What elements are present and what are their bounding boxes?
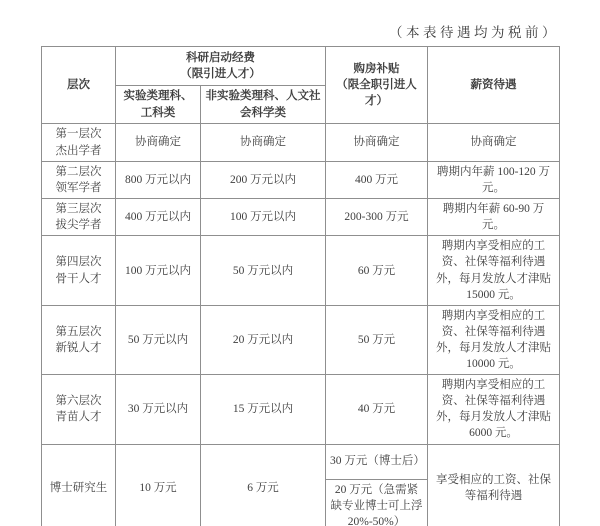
cell-level-title: 骨干人才 (46, 271, 111, 287)
cell-level-tier: 第六层次 (46, 393, 111, 409)
header-housing-note: （限全职引进人才） (330, 77, 423, 109)
cell-housing-urgent: 20 万元（急需紧缺专业博士可上浮 20%-50%） (326, 479, 428, 526)
table-row-tier1: 第一层次 杰出学者 协商确定 协商确定 协商确定 协商确定 (42, 124, 560, 162)
talent-compensation-table: 层次 科研启动经费 （限引进人才） 购房补贴 （限全职引进人才） 薪资待遇 实验… (41, 46, 560, 526)
header-housing: 购房补贴 （限全职引进人才） (326, 47, 428, 124)
cell-level-tier: 第四层次 (46, 254, 111, 270)
cell-level-tier: 第二层次 (46, 164, 111, 180)
table-row-tier3: 第三层次 拔尖学者 400 万元以内 100 万元以内 200-300 万元 聘… (42, 199, 560, 236)
cell-level-title: 新锐人才 (46, 340, 111, 356)
cell-salary: 聘期内享受相应的工资、社保等福利待遇外，每月发放人才津贴 6000 元。 (428, 375, 560, 444)
cell-level-tier: 第三层次 (46, 201, 111, 217)
cell-non-experimental-fund: 15 万元以内 (201, 375, 326, 444)
table-row-tier5: 第五层次 新锐人才 50 万元以内 20 万元以内 50 万元 聘期内享受相应的… (42, 305, 560, 374)
header-housing-title: 购房补贴 (330, 61, 423, 77)
pretax-note: （本表待遇均为税前） (41, 21, 559, 41)
header-sub-experimental: 实验类理科、工科类 (116, 86, 201, 124)
header-research-fund: 科研启动经费 （限引进人才） (116, 47, 326, 86)
cell-salary: 聘期内年薪 60-90 万元。 (428, 199, 560, 236)
table-row-phd: 博士研究生 10 万元 6 万元 30 万元（博士后） 享受相应的工资、社保等福… (42, 444, 560, 479)
cell-salary: 协商确定 (428, 124, 560, 162)
table-row-tier6: 第六层次 青苗人才 30 万元以内 15 万元以内 40 万元 聘期内享受相应的… (42, 375, 560, 444)
cell-non-experimental-fund: 20 万元以内 (201, 305, 326, 374)
header-sub-non-experimental: 非实验类理科、人文社会科学类 (201, 86, 326, 124)
header-research-fund-note: （限引进人才） (120, 66, 321, 82)
cell-experimental-fund: 50 万元以内 (116, 305, 201, 374)
cell-housing-subsidy: 40 万元 (326, 375, 428, 444)
cell-experimental-fund: 10 万元 (116, 444, 201, 526)
cell-non-experimental-fund: 协商确定 (201, 124, 326, 162)
table-row-tier2: 第二层次 领军学者 800 万元以内 200 万元以内 400 万元 聘期内年薪… (42, 162, 560, 199)
cell-salary: 聘期内享受相应的工资、社保等福利待遇外，每月发放人才津贴 10000 元。 (428, 305, 560, 374)
cell-level: 第三层次 拔尖学者 (42, 199, 116, 236)
cell-housing-subsidy: 400 万元 (326, 162, 428, 199)
cell-housing-subsidy: 协商确定 (326, 124, 428, 162)
cell-experimental-fund: 协商确定 (116, 124, 201, 162)
cell-level: 博士研究生 (42, 444, 116, 526)
cell-non-experimental-fund: 50 万元以内 (201, 236, 326, 305)
cell-non-experimental-fund: 200 万元以内 (201, 162, 326, 199)
cell-salary: 聘期内享受相应的工资、社保等福利待遇外，每月发放人才津贴 15000 元。 (428, 236, 560, 305)
cell-level: 第六层次 青苗人才 (42, 375, 116, 444)
cell-level-tier: 第一层次 (46, 126, 111, 142)
cell-salary: 享受相应的工资、社保等福利待遇 (428, 444, 560, 526)
cell-level: 第五层次 新锐人才 (42, 305, 116, 374)
cell-housing-subsidy: 50 万元 (326, 305, 428, 374)
cell-level-title: 拔尖学者 (46, 217, 111, 233)
cell-experimental-fund: 800 万元以内 (116, 162, 201, 199)
cell-salary: 聘期内年薪 100-120 万元。 (428, 162, 560, 199)
table-row-tier4: 第四层次 骨干人才 100 万元以内 50 万元以内 60 万元 聘期内享受相应… (42, 236, 560, 305)
cell-non-experimental-fund: 6 万元 (201, 444, 326, 526)
cell-level-title: 杰出学者 (46, 143, 111, 159)
cell-housing-subsidy: 60 万元 (326, 236, 428, 305)
cell-housing-subsidy: 200-300 万元 (326, 199, 428, 236)
cell-level-tier: 第五层次 (46, 324, 111, 340)
header-salary: 薪资待遇 (428, 47, 560, 124)
cell-housing-postdoc: 30 万元（博士后） (326, 444, 428, 479)
cell-level-title: 领军学者 (46, 180, 111, 196)
header-level: 层次 (42, 47, 116, 124)
document-page: （本表待遇均为税前） 层次 科研启动经费 （限引进人才） 购房补贴 （限全职引进… (0, 0, 600, 526)
cell-level-title: 青苗人才 (46, 409, 111, 425)
cell-experimental-fund: 100 万元以内 (116, 236, 201, 305)
cell-level: 第二层次 领军学者 (42, 162, 116, 199)
cell-non-experimental-fund: 100 万元以内 (201, 199, 326, 236)
cell-experimental-fund: 30 万元以内 (116, 375, 201, 444)
cell-level: 第一层次 杰出学者 (42, 124, 116, 162)
header-research-fund-title: 科研启动经费 (120, 50, 321, 66)
cell-level: 第四层次 骨干人才 (42, 236, 116, 305)
cell-experimental-fund: 400 万元以内 (116, 199, 201, 236)
